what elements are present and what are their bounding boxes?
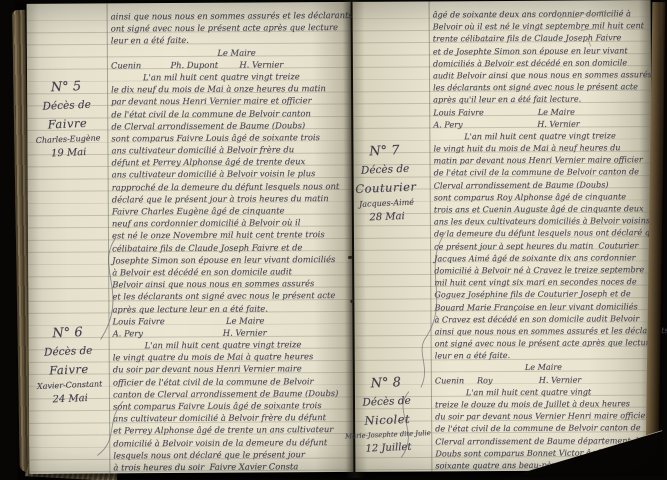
deceased-given-name: Charles-Eugène — [28, 133, 108, 145]
handwritten-line: déclaré que le présent jour à trois heur… — [112, 192, 348, 206]
handwritten-line: et Perrey Alphonse âgé de trente un ans … — [113, 423, 349, 437]
act-type-label: Décès de — [28, 344, 108, 359]
double-page-spread: N° 5 Décès de Faivre Charles-Eugène 19 M… — [15, 0, 664, 480]
handwritten-line: domicilié à Belvoir voisin de la demeure… — [113, 436, 349, 450]
handwritten-line: à trois heures du soir Faivre Xavier Con… — [113, 460, 349, 474]
register-scan-photo: { "colors": { "paper": "#ece7d3", "ink":… — [0, 0, 667, 480]
right-page-handwritten-text: âgé de soixante deux ans cordonnier domi… — [433, 7, 651, 471]
right-page: N° 7 Décès de Couturier Jacques-Aimé 28 … — [353, 0, 654, 472]
handwritten-line: et les déclarants ont signé avec nous le… — [112, 289, 348, 303]
handwritten-line: ont signé avec nous le présent acte aprè… — [111, 21, 347, 35]
handwritten-line: ont signé avec nous le présent acte aprè… — [435, 336, 650, 350]
handwritten-line: les déclarants ont signé avec nous le pr… — [433, 80, 648, 94]
deceased-surname: Nicolet — [343, 411, 432, 429]
act-type-label: Décès de — [342, 394, 430, 410]
handwritten-line: de l'état civil de la commune de Belvoir… — [434, 166, 649, 180]
handwritten-line: Josephte Simon son épouse en leur vivant… — [112, 253, 348, 267]
handwritten-line: Goguez Joséphine fils de Couturier Josep… — [434, 287, 649, 301]
act-number: N° 7 — [340, 142, 429, 161]
deceased-surname: Faivre — [27, 115, 108, 132]
act-date: 28 Mai — [343, 210, 431, 225]
handwritten-line: ans cultivateur domicilié à Belvoir vois… — [112, 167, 348, 181]
handwritten-line: de l'état civil de la commune de Belvoir… — [435, 421, 650, 435]
act-number: N° 8 — [342, 374, 431, 393]
handwritten-line: et de Josephte Simon son épouse en leur … — [433, 44, 648, 58]
handwritten-line: à Cravez est décédé en son domicile audi… — [434, 312, 649, 326]
handwritten-line: trente célibataire fils de Claude Joseph… — [433, 31, 648, 45]
deceased-surname: Faivre — [29, 361, 110, 378]
act-number: N° 5 — [26, 78, 107, 96]
handwritten-line: le dix neuf du mois de Mai à onze heures… — [111, 82, 347, 96]
handwritten-line: sont comparus Faivre Louis âgé de soixan… — [111, 131, 347, 145]
handwritten-line: Bouard Marie Françoise en leur vivant do… — [434, 300, 649, 314]
deceased-given-name: Jacques-Aimé — [342, 197, 430, 210]
binding-stitch — [348, 256, 352, 259]
act-type-label: Décès de — [341, 162, 429, 178]
handwritten-line: est né le onze Novembre mil huit cent tr… — [112, 228, 348, 242]
handwritten-line: ce présent jour à sept heures du matin C… — [434, 239, 649, 253]
margin-entry-act-7: N° 7 Décès de Couturier Jacques-Aimé 28 … — [340, 142, 431, 225]
deceased-surname: Couturier — [342, 179, 431, 197]
deceased-given-name: Xavier-Constant — [29, 379, 109, 391]
left-page: N° 5 Décès de Faivre Charles-Eugène 19 M… — [27, 2, 354, 474]
margin-entry-act-5: N° 5 Décès de Faivre Charles-Eugène 19 M… — [26, 78, 109, 160]
act-number: N° 6 — [27, 324, 108, 342]
left-page-handwritten-text: ainsi que nous nous en sommes assurés et… — [111, 9, 350, 474]
act-type-label: Décès de — [26, 98, 106, 113]
act-date: 24 Mai — [30, 392, 110, 406]
margin-entry-act-8: N° 8 Décès de Nicolet Marie-Josephte dit… — [342, 374, 433, 456]
act-date: 12 Juillet — [344, 441, 432, 456]
handwritten-line: de la demeure du défunt lesquels nous on… — [434, 226, 649, 240]
margin-entry-act-6: N° 6 Décès de Faivre Xavier-Constant 24 … — [27, 324, 110, 406]
act-date: 19 Mai — [28, 146, 108, 160]
deceased-given-name: Marie-Josephte dite Julie — [344, 429, 432, 441]
